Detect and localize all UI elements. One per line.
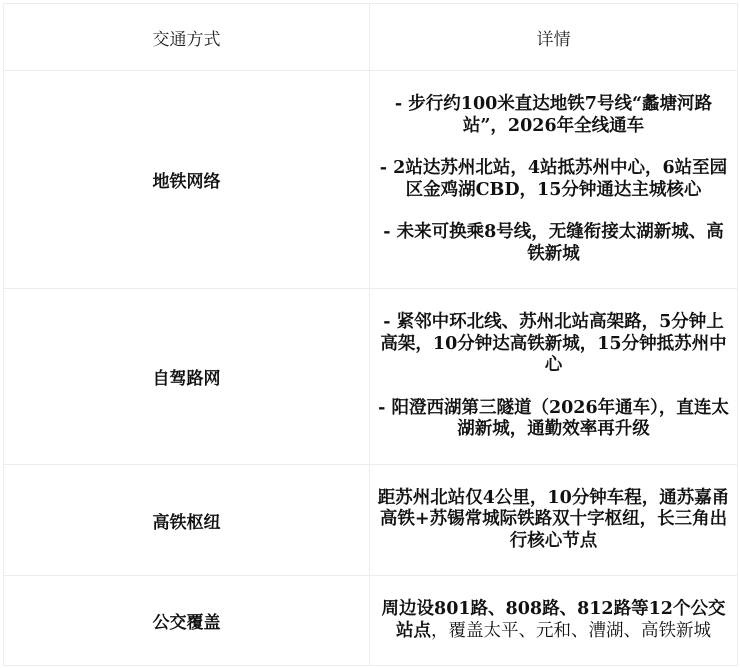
detail-cell-metro: - 步行约100米直达地铁7号线“蠡塘河路站”，2026年全线通车 - 2站达苏… <box>370 71 738 289</box>
detail-paragraph: - 阳澄西湖第三隧道（2026年通车），直连太湖新城，通勤效率再升级 <box>376 398 731 441</box>
detail-paragraph: 距苏州北站仅4公里，10分钟车程，通苏嘉甬高铁+苏锡常城际铁路双十字枢纽，长三角… <box>376 488 731 553</box>
table-row: 地铁网络 - 步行约100米直达地铁7号线“蠡塘河路站”，2026年全线通车 -… <box>4 71 738 289</box>
mode-cell-bus: 公交覆盖 <box>4 576 370 666</box>
table-header-row: 交通方式 详情 <box>4 4 738 71</box>
mode-cell-high-speed-rail: 高铁枢纽 <box>4 465 370 576</box>
detail-paragraph: 周边设801路、808路、812路等12个公交站点，覆盖太平、元和、漕湖、高铁新… <box>376 599 731 642</box>
detail-cell-bus: 周边设801路、808路、812路等12个公交站点，覆盖太平、元和、漕湖、高铁新… <box>370 576 738 666</box>
mode-cell-driving: 自驾路网 <box>4 289 370 465</box>
detail-cell-driving: - 紧邻中环北线、苏州北站高架路，5分钟上高架，10分钟达高铁新城，15分钟抵苏… <box>370 289 738 465</box>
table-row: 高铁枢纽 距苏州北站仅4公里，10分钟车程，通苏嘉甬高铁+苏锡常城际铁路双十字枢… <box>4 465 738 576</box>
detail-paragraph: - 紧邻中环北线、苏州北站高架路，5分钟上高架，10分钟达高铁新城，15分钟抵苏… <box>376 312 731 377</box>
detail-cell-high-speed-rail: 距苏州北站仅4公里，10分钟车程，通苏嘉甬高铁+苏锡常城际铁路双十字枢纽，长三角… <box>370 465 738 576</box>
detail-paragraph: - 步行约100米直达地铁7号线“蠡塘河路站”，2026年全线通车 <box>376 94 731 137</box>
header-transport-mode: 交通方式 <box>4 4 370 71</box>
header-detail: 详情 <box>370 4 738 71</box>
detail-paragraph: - 未来可换乘8号线，无缝衔接太湖新城、高铁新城 <box>376 222 731 265</box>
detail-paragraph: - 2站达苏州北站，4站抵苏州中心，6站至园区金鸡湖CBD，15分钟通达主城核心 <box>376 158 731 201</box>
table-row: 自驾路网 - 紧邻中环北线、苏州北站高架路，5分钟上高架，10分钟达高铁新城，1… <box>4 289 738 465</box>
mode-cell-metro: 地铁网络 <box>4 71 370 289</box>
table-row: 公交覆盖 周边设801路、808路、812路等12个公交站点，覆盖太平、元和、漕… <box>4 576 738 666</box>
bus-coverage-text: ，覆盖太平、元和、漕湖、高铁新城 <box>431 621 711 641</box>
transport-table: 交通方式 详情 地铁网络 - 步行约100米直达地铁7号线“蠡塘河路站”，202… <box>3 3 738 666</box>
